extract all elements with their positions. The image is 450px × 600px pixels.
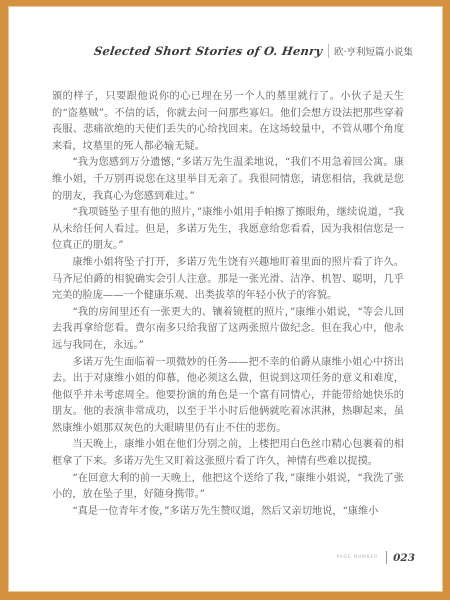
paragraph: 颁的样子，只要跟他说你的心已埋在另一个人的墓里就行了。小伙子是天生的“盗墓贼”。…	[52, 89, 404, 155]
page-frame: Selected Short Stories of O. Henry 欧·亨利短…	[0, 0, 450, 600]
book-page: Selected Short Stories of O. Henry 欧·亨利短…	[8, 6, 443, 592]
paragraph: “我的房间里还有一张更大的、镶着镜框的照片，”康维小姐说，“等会儿回去我再拿给您…	[52, 305, 404, 355]
running-header: Selected Short Stories of O. Henry 欧·亨利短…	[94, 44, 413, 58]
header-title-chinese: 欧·亨利短篇小说集	[334, 44, 413, 58]
header-title-english: Selected Short Stories of O. Henry	[93, 44, 323, 58]
paragraph: “真是一位青年才俊，”多诺万先生赞叹道，然后又亲切地说，“康维小	[52, 504, 404, 521]
page-number: 023	[393, 552, 415, 564]
header-divider	[328, 44, 329, 58]
footer-divider	[386, 551, 387, 564]
page-footer: PAGE NUMBER 023	[336, 551, 415, 564]
body-text: 颁的样子，只要跟他说你的心已埋在另一个人的墓里就行了。小伙子是天生的“盗墓贼”。…	[52, 89, 404, 520]
paragraph: “我项链坠子里有他的照片，”康维小姐用手帕擦了擦眼角，继续说道，“我从未给任何人…	[52, 205, 404, 255]
paragraph: “我为您感到万分遗憾，”多诺万先生温柔地说，“我们不用急着回公寓。康维小姐，千万…	[52, 155, 404, 205]
paragraph: 多诺万先生面临着一项微妙的任务——把不幸的伯爵从康维小姐心中挤出去。出于对康维小…	[52, 355, 404, 438]
paragraph: 当天晚上，康维小姐在他们分别之前，上楼把用白色丝巾精心包裹着的相框拿了下来。多诺…	[52, 437, 404, 470]
paragraph: “在回意大利的前一天晚上，他把这个送给了我，”康维小姐说，“我洗了张小的，放在坠…	[52, 471, 404, 504]
paragraph: 康维小姐将坠子打开，多诺万先生饶有兴趣地盯着里面的照片看了许久。马齐尼伯爵的相貌…	[52, 255, 404, 305]
footer-label: PAGE NUMBER	[336, 555, 378, 560]
